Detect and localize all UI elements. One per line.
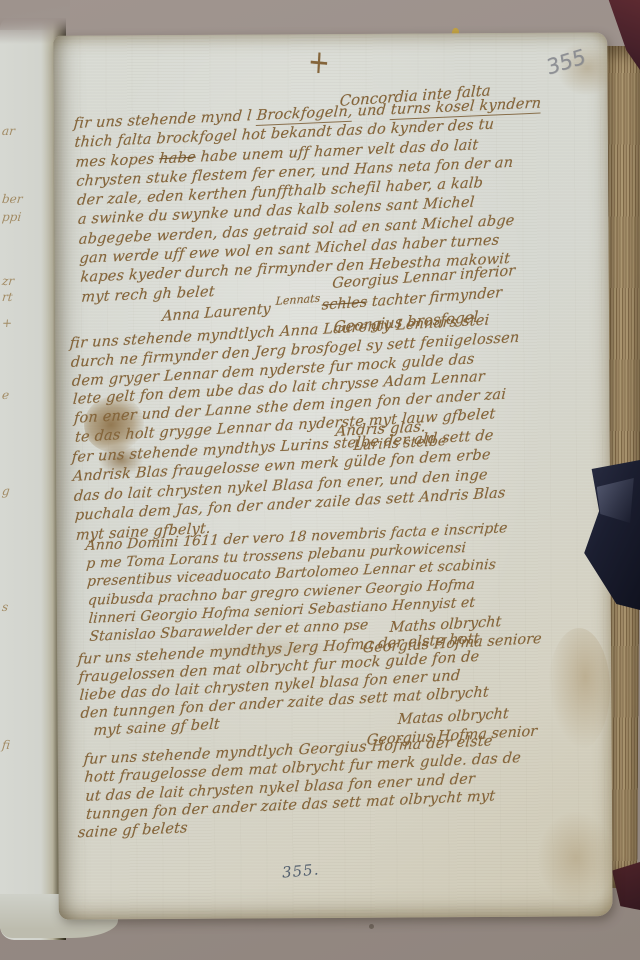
facing-page-fragment: ar <box>1 124 15 138</box>
cross-mark: + <box>307 43 331 82</box>
facing-page-fragment: ppi <box>1 210 22 224</box>
ink-folio-number: 355. <box>281 860 320 881</box>
facing-page-fragment: rt <box>1 290 13 304</box>
facing-page-fragment: zr <box>1 274 15 288</box>
facing-page-fragment: fi <box>1 738 10 752</box>
facing-page-fragment: g <box>1 484 10 498</box>
facing-page-fragment: ber <box>1 192 23 206</box>
backdrop-corner <box>0 0 70 30</box>
facing-page-fragment: e <box>1 388 10 402</box>
photo-of-manuscript: arberppizrrt+egsfi + 355 Concordia inte … <box>0 0 640 960</box>
facing-page-fragment: + <box>1 316 13 330</box>
